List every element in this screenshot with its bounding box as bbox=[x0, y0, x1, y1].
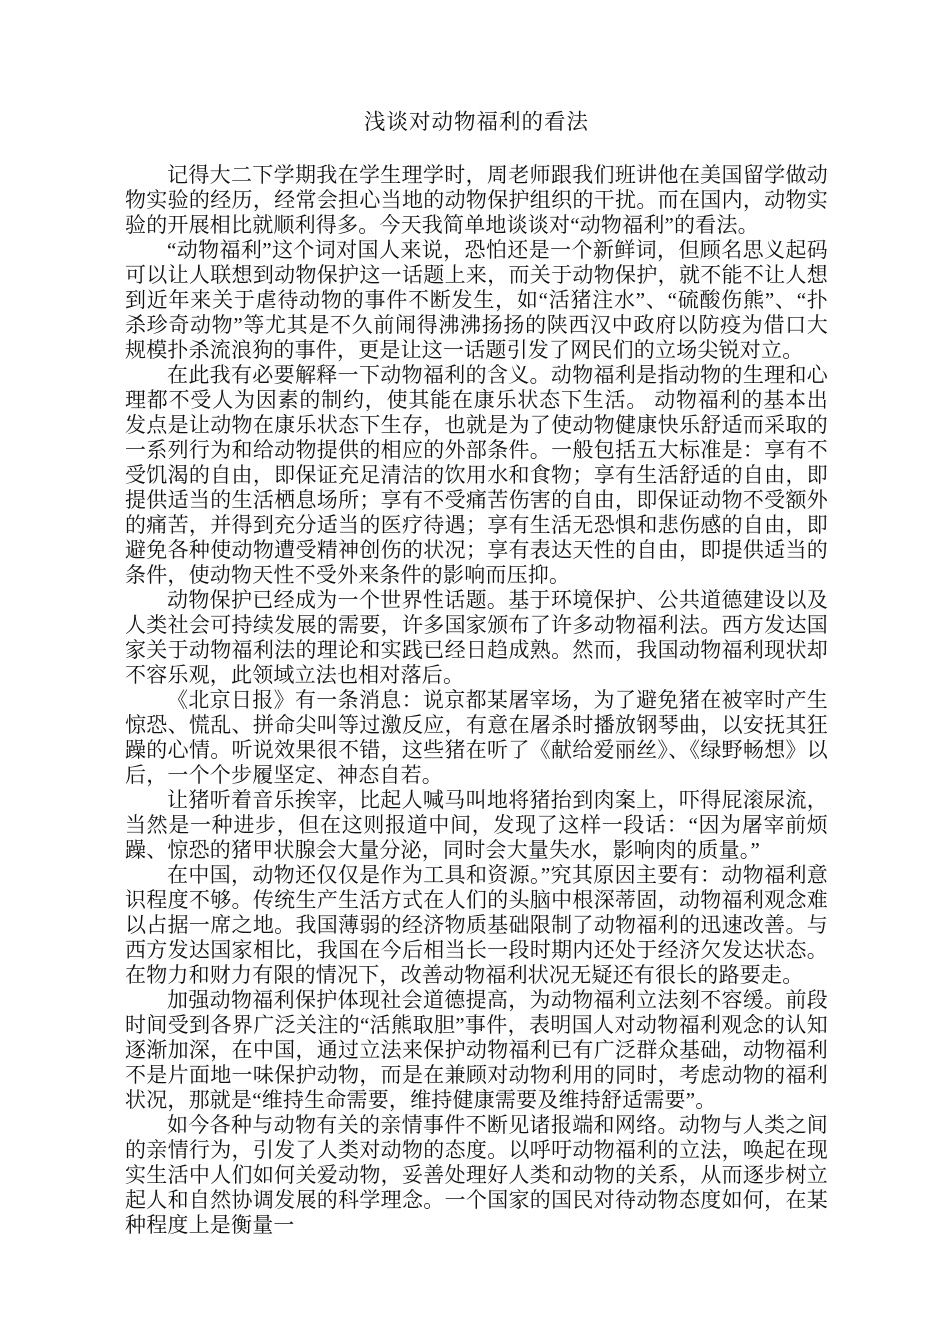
document-page: 浅谈对动物福利的看法 记得大二下学期我在学生理学时，周老师跟我们班讲他在美国留学… bbox=[0, 0, 950, 1344]
paragraph: 《北京日报》有一条消息：说京都某屠宰场，为了避免猪在被宰时产生惊恐、慌乱、拼命尖… bbox=[125, 688, 828, 788]
paragraph: 如今各种与动物有关的亲情事件不断见诸报端和网络。动物与人类之间的亲情行为，引发了… bbox=[125, 1113, 828, 1238]
paragraph: 动物保护已经成为一个世界性话题。基于环境保护、公共道德建设以及人类社会可持续发展… bbox=[125, 588, 828, 688]
paragraph: 让猪听着音乐挨宰，比起人喊马叫地将猪抬到肉案上，吓得屁滚尿流，当然是一种进步，但… bbox=[125, 788, 828, 863]
document-title: 浅谈对动物福利的看法 bbox=[125, 108, 828, 136]
paragraph: 加强动物福利保护体现社会道德提高，为动物福利立法刻不容缓。前段时间受到各界广泛关… bbox=[125, 988, 828, 1113]
paragraph: 在中国，动物还仅仅是作为工具和资源。”究其原因主要有：动物福利意识程度不够。传统… bbox=[125, 863, 828, 988]
paragraph: 记得大二下学期我在学生理学时，周老师跟我们班讲他在美国留学做动物实验的经历，经常… bbox=[125, 163, 828, 238]
paragraph: 在此我有必要解释一下动物福利的含义。动物福利是指动物的生理和心理都不受人为因素的… bbox=[125, 363, 828, 588]
paragraph: “动物福利”这个词对国人来说，恐怕还是一个新鲜词，但顾名思义起码可以让人联想到动… bbox=[125, 238, 828, 363]
